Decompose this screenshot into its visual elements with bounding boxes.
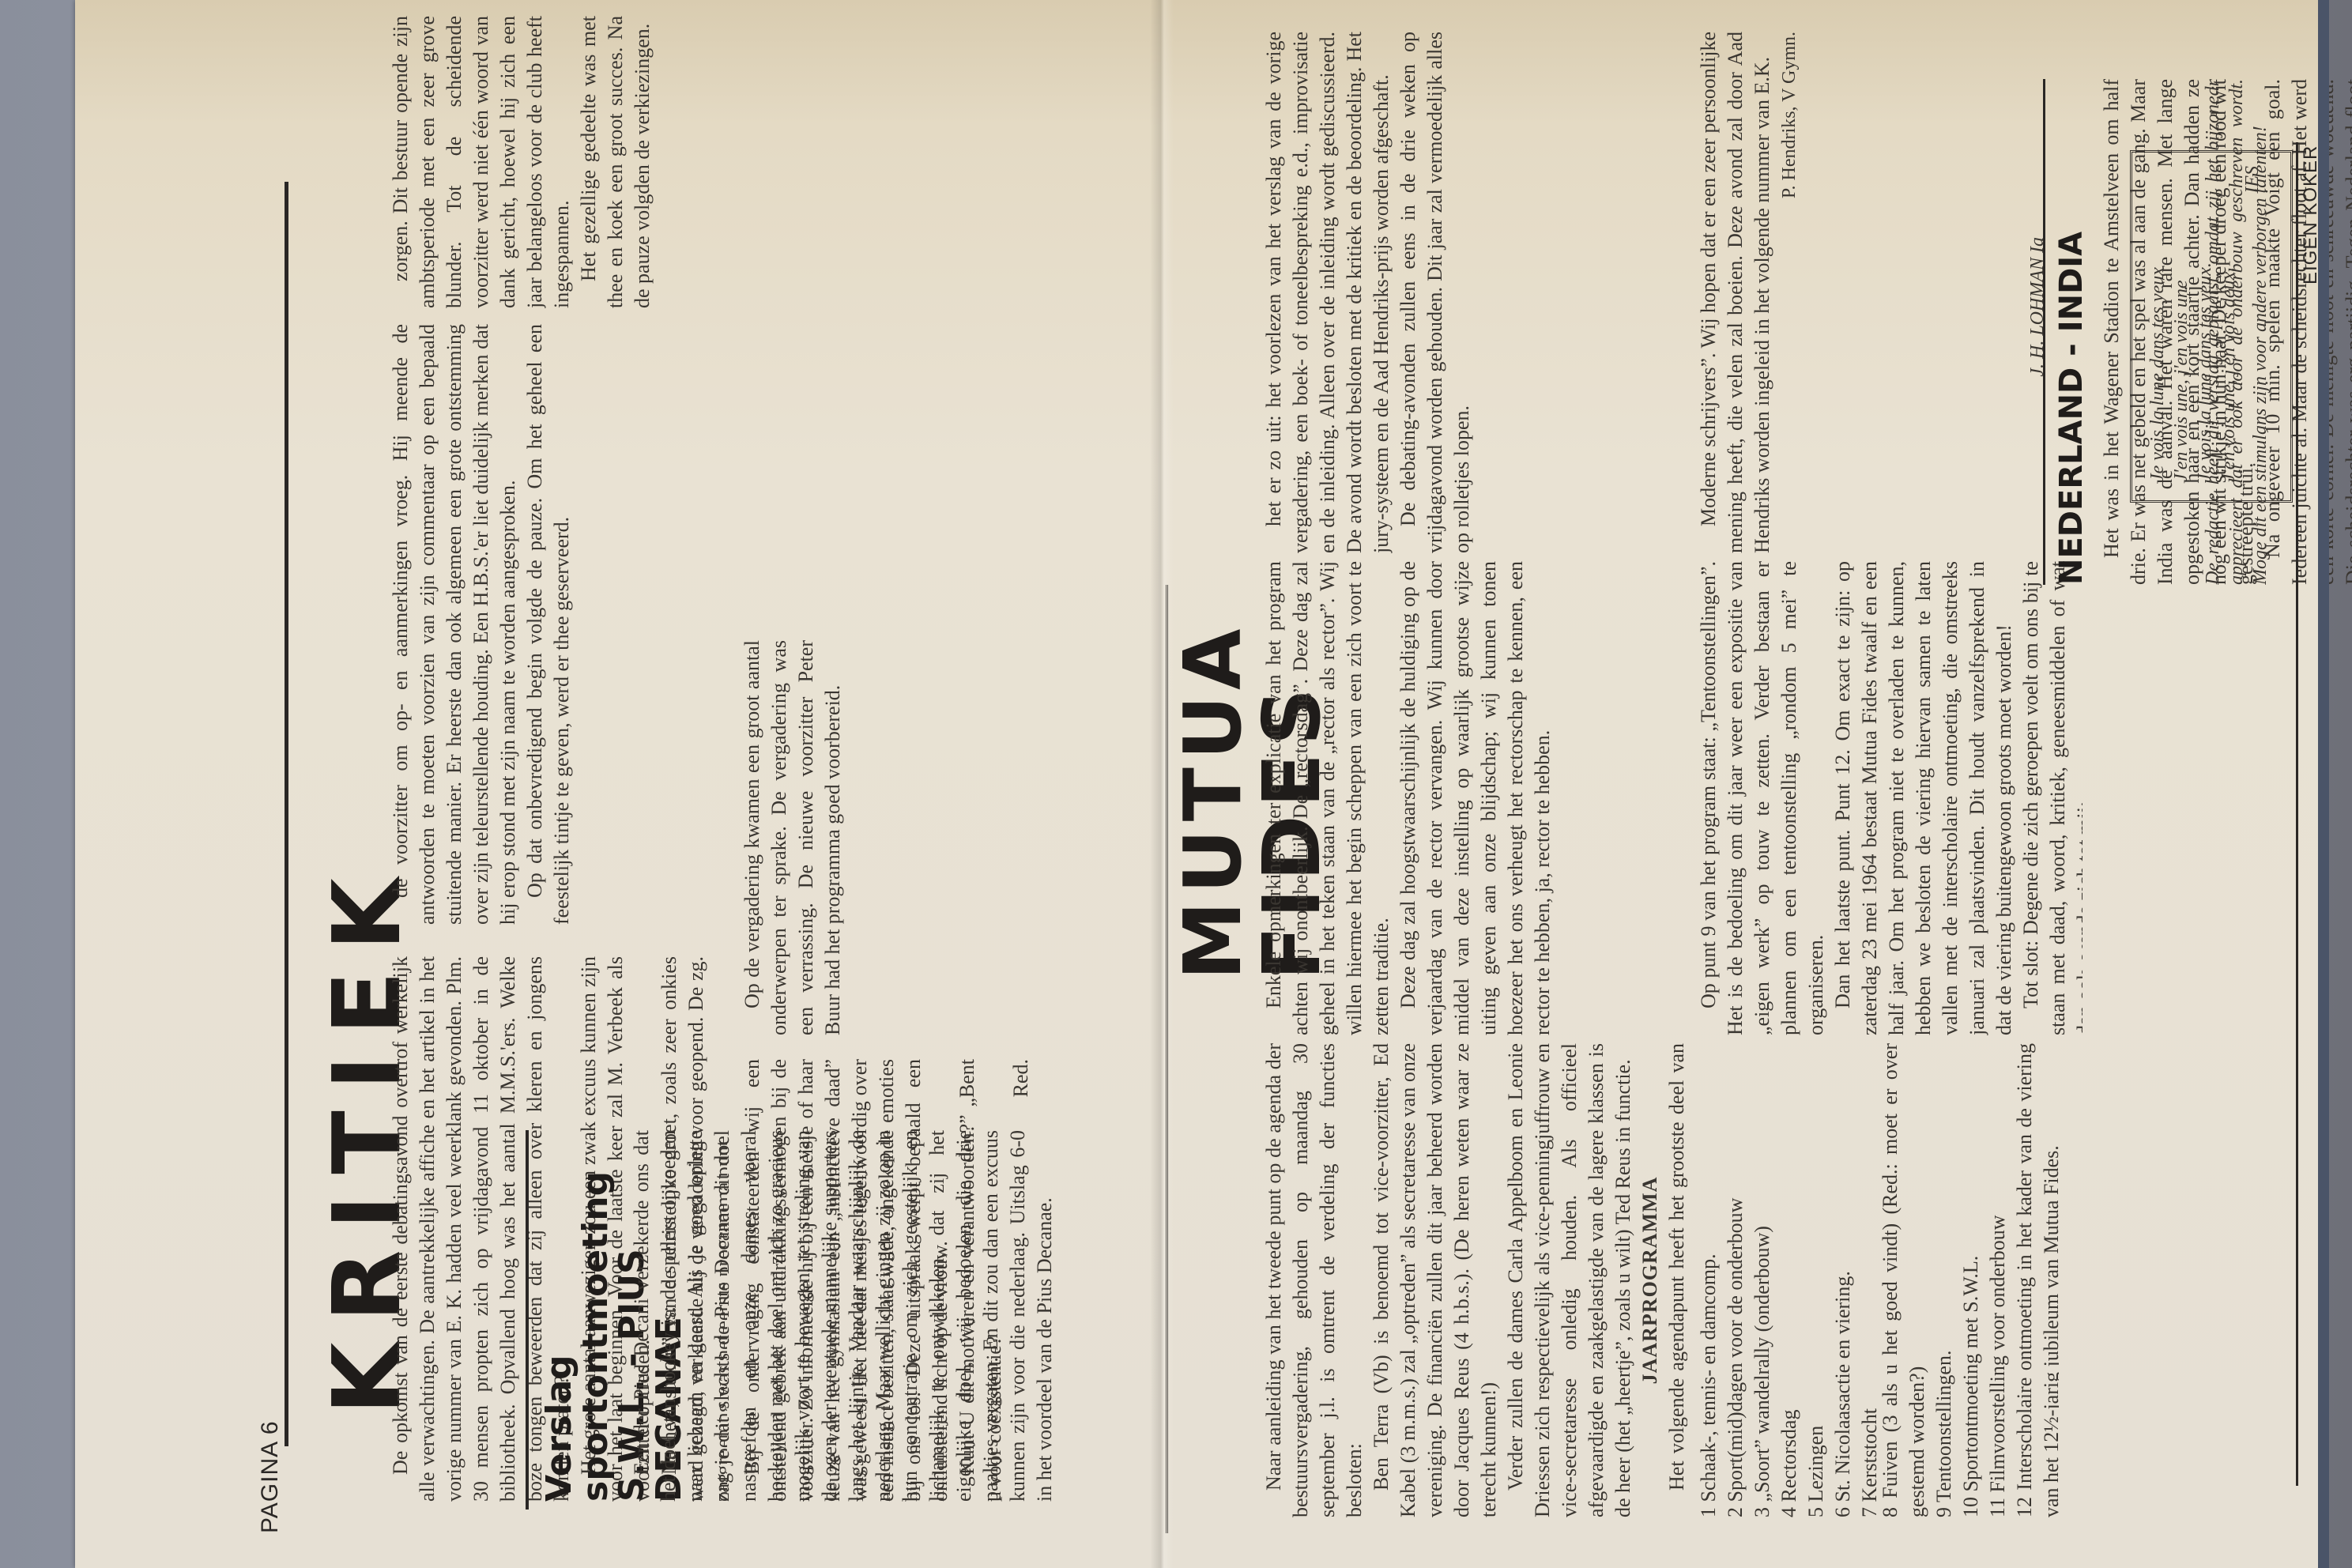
paragraph: Verder zullen de dames Carla Appelboom e… (1502, 1043, 1637, 1517)
poem-line: Je vois la lune dans tes yeux. (2193, 166, 2217, 482)
paragraph: Het gezellige gedeelte was met thee en k… (575, 16, 656, 308)
paragraph: Enkele opmerkingen ter explicatie van he… (1261, 561, 1395, 1035)
program-item: 4 Rectorsdag (1776, 1043, 1803, 1517)
program-item: 3 „Soort” wandelrally (onderbouw) (1749, 1043, 1776, 1517)
paragraph: Ben Terra (Vb) is benoemd tot vice-voorz… (1368, 1043, 1502, 1517)
program-item: 11 Filmvoorstelling voor onderbouw (1984, 1043, 2011, 1517)
program-item: 9 Tentoonstellingen. (1931, 1043, 1958, 1517)
paragraph: zorgen. Dit bestuur opende zijn ambtsper… (387, 16, 575, 308)
paragraph: Een der Pius Decani verzekerde ons dat h… (628, 1130, 1058, 1502)
paragraph: Het volgende agendapunt heeft het groots… (1664, 1043, 1687, 1517)
poem: Je vois la lune dans tes yeux J'en vois … (2146, 166, 2264, 482)
debate-column-1: het er zo uit: het voorlezen van het ver… (1261, 32, 1687, 553)
jaarprogramma-list: 1 Schaak-, tennis- en damcomp. 2 Sport(m… (1695, 1043, 1877, 1517)
poem-line: Je vois la lune dans tes yeux (2146, 166, 2169, 482)
program-item: 7 Kerststocht (1856, 1043, 1877, 1517)
center-fold (1150, 0, 1174, 1568)
header-rule (285, 182, 288, 1446)
program-item: 10 Sportontmoeting met S.W.L. (1958, 1043, 1984, 1517)
nederland-india-title: NEDERLAND - INDIA (2055, 79, 2088, 585)
sport-title-line-1: Verslag sportontmoeting (541, 1130, 614, 1502)
program-item: 8 Fuiven (3 als u het goed vindt) (Red.:… (1877, 1043, 1931, 1517)
newspaper-spread: PAGINA 6 KRITIEK De opkomst van de eerst… (75, 0, 2320, 1568)
paragraph: Op de vergadering kwamen een groot aanta… (739, 640, 846, 1035)
mutua-column-2: Enkele opmerkingen ter explicatie van he… (1261, 561, 1687, 1035)
poem-signature: IES (2241, 166, 2264, 482)
sport-body: Een der Pius Decani verzekerde ons dat h… (628, 1130, 1134, 1502)
sport-box-rule (526, 1130, 529, 1510)
paragraph: De debating-avonden zullen eens in de dr… (1395, 32, 1476, 553)
debate-column-2: Moderne schrijvers”. Wij hopen dat er ee… (1695, 32, 2027, 553)
left-page: PAGINA 6 KRITIEK De opkomst van de eerst… (75, 0, 1146, 1568)
jaarprogramma-heading: JAARPROGRAMMA (1637, 1043, 1664, 1517)
kritiek-column-2: de voorzitter om op- en aanmerkingen vro… (387, 324, 727, 925)
paragraph: het er zo uit: het voorlezen van het ver… (1261, 32, 1395, 553)
paragraph: Dan het laatste punt. Punt 12. Om exact … (1830, 561, 2018, 1035)
paper-edge (2318, 0, 2329, 1568)
right-header-rule (2296, 142, 2298, 1486)
paragraph: Op dat onbevredigend begin volgde de pau… (522, 324, 575, 925)
program-item: 12 Interscholaire ontmoeting in het kade… (2011, 1043, 2059, 1517)
paragraph: de voorzitter om op- en aanmerkingen vro… (387, 324, 522, 925)
program-item: 1 Schaak-, tennis- en damcomp. (1695, 1043, 1722, 1517)
lohman-signature: J. H. LOHMAN Ia (2027, 237, 2049, 553)
mutua-column-1: Naar aanleiding van het tweede punt op d… (1261, 1043, 1687, 1517)
paragraph: Naar aanleiding van het tweede punt op d… (1261, 1043, 1368, 1517)
mutua-column-3: Op punt 9 van het program staat: „Tentoo… (1695, 561, 2082, 1035)
poem-line: J'en vois une, j'en vois une (2169, 166, 2193, 482)
jaarprogramma-list-cont: 8 Fuiven (3 als u het goed vindt) (Red.:… (1877, 1043, 2059, 1517)
program-item: 6 St. Nicolaasactie en viering. (1830, 1043, 1856, 1517)
middle-column-top: zorgen. Dit bestuur opende zijn ambtsper… (387, 16, 727, 308)
debate-signature: P. Hendriks, V Gymn. (1776, 32, 1803, 553)
program-item: 5 Lezingen (1803, 1043, 1830, 1517)
middle-column-lower: Op de vergadering kwamen een groot aanta… (739, 640, 1110, 1035)
poem-line: J'en vois une, j'en vois deux. (2217, 166, 2241, 482)
page-number-header: PAGINA 6 (257, 1375, 284, 1533)
paragraph: Op punt 9 van het program staat: „Tentoo… (1695, 561, 1830, 1035)
paragraph: Deze dag zal hoogstwaarschijnlijk de hul… (1395, 561, 1556, 1035)
program-item: 2 Sport(mid)dagen voor de onderbouw (1722, 1043, 1749, 1517)
paragraph: Moderne schrijvers”. Wij hopen dat er ee… (1695, 32, 1776, 553)
paragraph: Tot slot: Degene die zich geroepen voelt… (2018, 561, 2082, 1035)
